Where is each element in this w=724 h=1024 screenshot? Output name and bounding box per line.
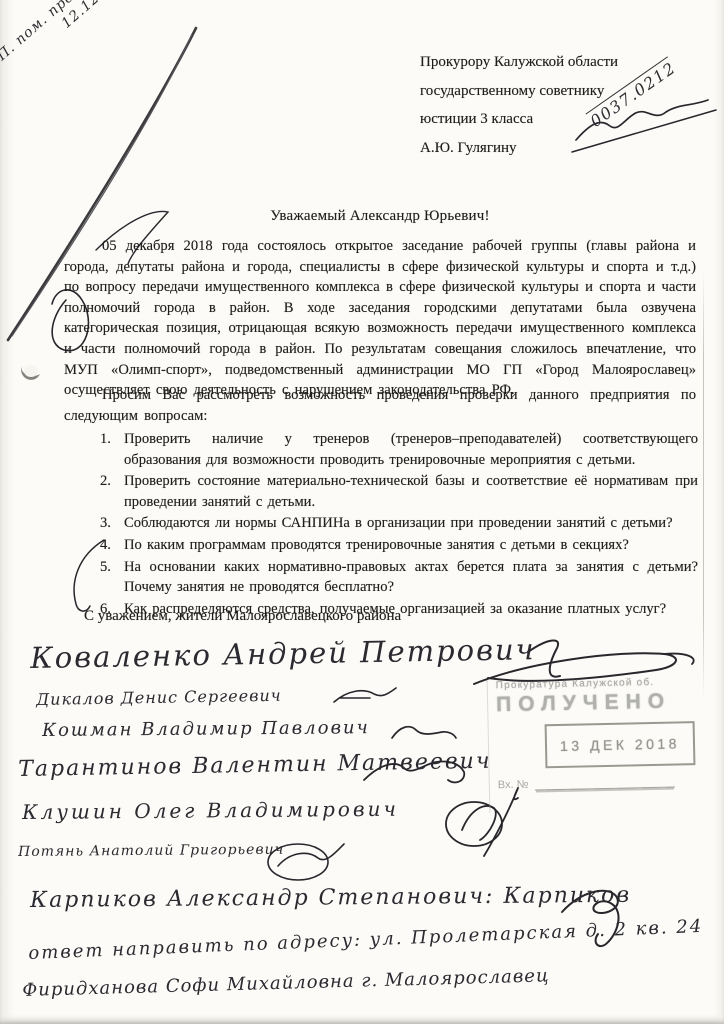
signature-line: Коваленко Андрей Петрович	[30, 632, 536, 675]
list-item: 4. По каким программам проводятся тренир…	[100, 535, 698, 556]
postscript-line: Фиридханова Софи Михайловна г. Малояросл…	[22, 965, 550, 1001]
list-item: 5. На основании каких нормативно-правовы…	[100, 557, 698, 598]
fold-line-artifact	[703, 270, 704, 700]
stamp-reg-blank	[534, 777, 674, 791]
list-item-text: Проверить наличие у тренеров (тренеров–п…	[124, 429, 698, 470]
stamp-status: ПОЛУЧЕНО	[496, 689, 722, 718]
postscript-line: ответ направить по адресу: ул. Пролетарс…	[28, 916, 704, 964]
list-item-text: По каким программам проводятся тренирово…	[124, 535, 698, 556]
stamp-date: 13 ДЕК 2018	[560, 735, 680, 754]
signature-line: Кошман Владимир Павлович	[42, 717, 370, 741]
list-item: 2. Проверить состояние материально-техни…	[100, 471, 698, 512]
list-item-text: На основании каких нормативно-правовых а…	[124, 557, 698, 598]
list-item: 1. Проверить наличие у тренеров (тренеро…	[100, 429, 698, 470]
question-list: 1. Проверить наличие у тренеров (тренеро…	[100, 429, 698, 620]
list-item-number: 2.	[100, 471, 124, 512]
scanned-letter-page: П. пом. прокурора 12.12.20 Прокурору Кал…	[0, 0, 724, 1024]
salutation: Уважаемый Александр Юрьевич!	[64, 208, 696, 225]
signature-line: Дикалов Денис Сергеевич	[36, 686, 282, 709]
signature-flourish	[262, 838, 348, 884]
closing-line: С уважением, жители Малоярославецкого ра…	[84, 608, 401, 625]
body-paragraph-2: Просим Вас рассмотреть возможность прове…	[64, 385, 696, 426]
list-item-number: 3.	[100, 513, 124, 534]
signature-line: Карпиков Александр Степанович: Карпиков	[30, 883, 631, 913]
stamp-pen-check	[478, 780, 538, 860]
list-item-text: Проверить состояние материально-техничес…	[124, 471, 698, 512]
signature-line: Потянь Анатолий Григорьевич	[18, 842, 284, 860]
list-item-number: 1.	[100, 429, 124, 470]
signature-line: Клушин Олег Владимирович	[22, 797, 399, 824]
margin-pen-curve	[62, 538, 112, 618]
list-item: 3. Соблюдаются ли нормы САНПИНа в органи…	[100, 513, 698, 534]
signature-flourish	[330, 684, 400, 710]
list-item-text: Соблюдаются ли нормы САНПИНа в организац…	[124, 513, 698, 534]
stamp-date-box: 13 ДЕК 2018	[545, 721, 696, 768]
body-paragraph-1: 05 декабря 2018 года состоялось открытое…	[64, 236, 696, 401]
signature-flourish	[388, 718, 458, 746]
crescent-scan-artifact	[18, 360, 44, 384]
signature-flourish	[360, 752, 470, 792]
